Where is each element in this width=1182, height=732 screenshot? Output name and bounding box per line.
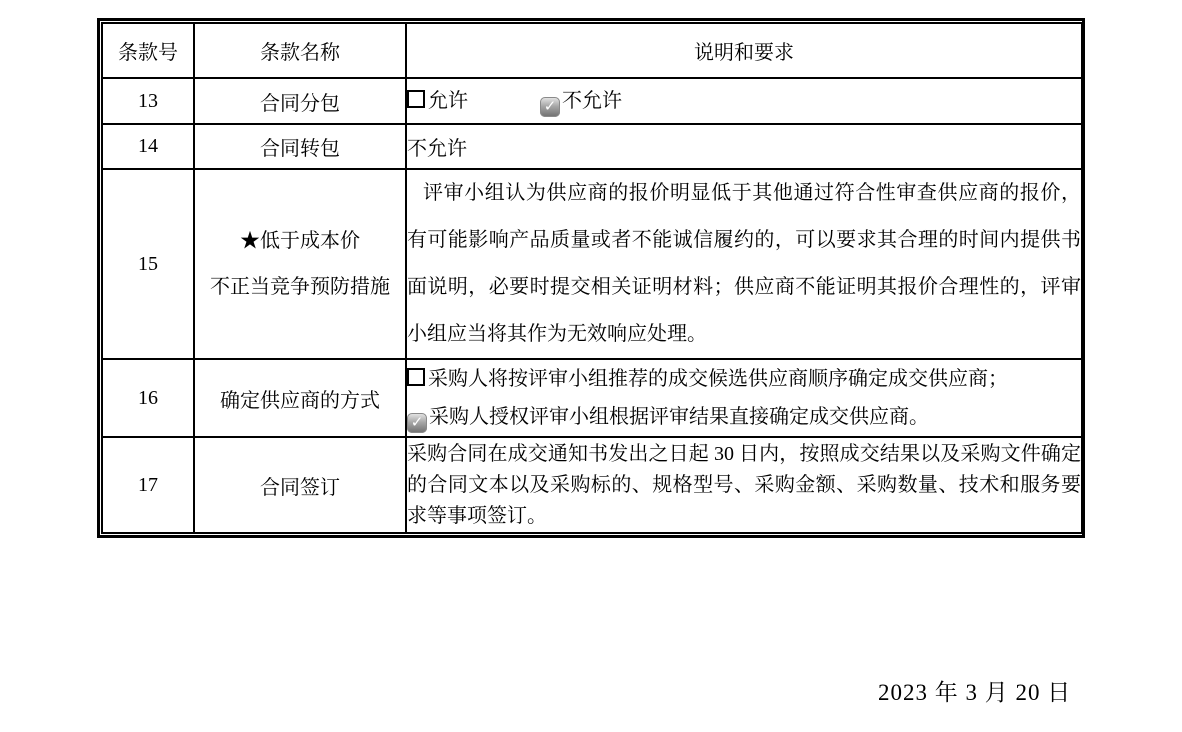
clause-number: 13: [102, 78, 194, 124]
option-row: 采购人将按评审小组推荐的成交候选供应商顺序确定成交供应商；: [407, 360, 1081, 398]
header-clause-number: 条款号: [102, 23, 194, 78]
table-row-16: 16 确定供应商的方式 采购人将按评审小组推荐的成交候选供应商顺序确定成交供应商…: [102, 359, 1082, 437]
option-row: ✓采购人授权评审小组根据评审结果直接确定成交供应商。: [407, 398, 1081, 436]
table-row-15: 15 ★低于成本价 不正当竞争预防措施 评审小组认为供应商的报价明显低于其他通过…: [102, 169, 1082, 359]
clause-number: 14: [102, 124, 194, 169]
table-row-17: 17 合同签订 采购合同在成交通知书发出之日起 30 日内，按照成交结果以及采购…: [102, 437, 1082, 533]
clause-description: 采购合同在成交通知书发出之日起 30 日内，按照成交结果以及采购文件确定的合同文…: [406, 437, 1082, 533]
clause-number: 17: [102, 437, 194, 533]
clause-number: 16: [102, 359, 194, 437]
checkbox-unchecked-icon: [407, 90, 425, 108]
clause-name: 合同分包: [194, 78, 406, 124]
header-clause-name: 条款名称: [194, 23, 406, 78]
clause-name: 合同转包: [194, 124, 406, 169]
clause-description: 评审小组认为供应商的报价明显低于其他通过符合性审查供应商的报价，有可能影响产品质…: [406, 169, 1082, 359]
checkbox-checked-icon: ✓: [407, 413, 427, 433]
table-row-14: 14 合同转包 不允许: [102, 124, 1082, 169]
clause-name: ★低于成本价 不正当竞争预防措施: [194, 169, 406, 359]
clause-description: 采购人将按评审小组推荐的成交候选供应商顺序确定成交供应商； ✓采购人授权评审小组…: [406, 359, 1082, 437]
clause-description: 允许✓不允许: [406, 78, 1082, 124]
clauses-table-grid: 条款号 条款名称 说明和要求 13 合同分包 允许✓不允许 14: [101, 22, 1083, 534]
clause-name: 确定供应商的方式: [194, 359, 406, 437]
table-row-13: 13 合同分包 允许✓不允许: [102, 78, 1082, 124]
option-label: 允许: [428, 90, 468, 112]
clause-description-text: 评审小组认为供应商的报价明显低于其他通过符合性审查供应商的报价，有可能影响产品质…: [407, 170, 1081, 358]
clause-description: 不允许: [406, 124, 1082, 169]
option-label: 采购人授权评审小组根据评审结果直接确定成交供应商。: [429, 406, 929, 428]
clause-description-text: 采购合同在成交通知书发出之日起 30 日内，按照成交结果以及采购文件确定的合同文…: [407, 439, 1081, 532]
document-date: 2023 年 3 月 20 日: [878, 674, 1071, 707]
option-label: 不允许: [562, 90, 622, 112]
header-description: 说明和要求: [406, 23, 1082, 78]
clause-name: 合同签订: [194, 437, 406, 533]
option-label: 采购人将按评审小组推荐的成交候选供应商顺序确定成交供应商；: [428, 368, 1008, 390]
clause-name-line2: 不正当竞争预防措施: [195, 264, 405, 310]
clauses-table: 条款号 条款名称 说明和要求 13 合同分包 允许✓不允许 14: [97, 18, 1085, 538]
clause-name-line1: ★低于成本价: [195, 218, 405, 264]
table-header-row: 条款号 条款名称 说明和要求: [102, 23, 1082, 78]
document-page: 条款号 条款名称 说明和要求 13 合同分包 允许✓不允许 14: [0, 0, 1182, 732]
clause-number: 15: [102, 169, 194, 359]
checkbox-unchecked-icon: [407, 368, 425, 386]
checkbox-checked-icon: ✓: [540, 97, 560, 117]
